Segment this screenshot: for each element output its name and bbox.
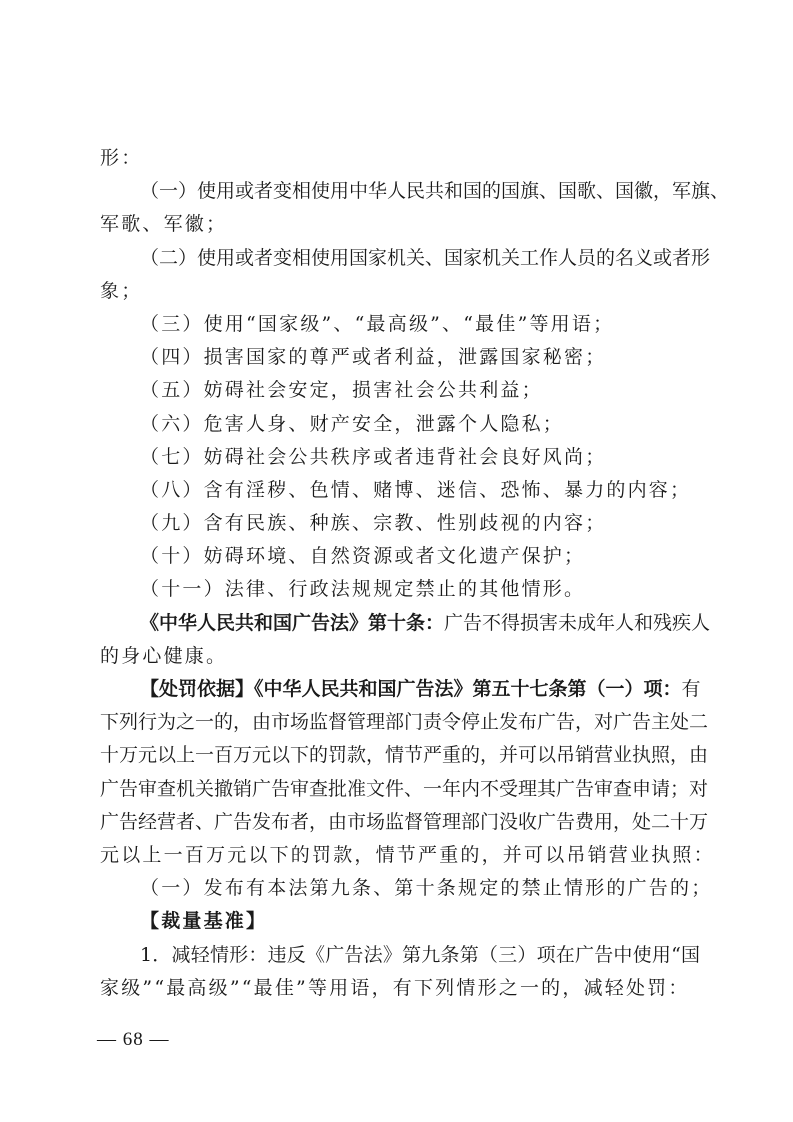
text-line: 下列行为之一的，由市场监督管理部门责令停止发布广告，对广告主处二: [100, 706, 700, 739]
list-item-4: （四）损害国家的尊严或者利益，泄露国家秘密；: [100, 341, 700, 374]
list-item-3: （三）使用“国家级”、“最高级”、“最佳”等用语；: [100, 308, 700, 341]
list-item-2: （二）使用或者变相使用国家机关、国家机关工作人员的名义或者形: [100, 242, 700, 275]
list-item-11: （十一）法律、行政法规规定禁止的其他情形。: [100, 573, 700, 606]
penalty-basis-heading: 【处罚依据】《中华人民共和国广告法》第五十七条第（一）项：: [140, 678, 682, 700]
text-line: 形：: [100, 142, 700, 175]
text-line: 广告经营者、广告发布者，由市场监督管理部门没收广告费用，处二十万: [100, 806, 700, 839]
penalty-basis-paragraph: 【处罚依据】《中华人民共和国广告法》第五十七条第（一）项：有: [100, 673, 700, 706]
text-line: 十万元以上一百万元以下的罚款，情节严重的，并可以吊销营业执照，由: [100, 739, 700, 772]
list-item-7: （七）妨碍社会公共秩序或者违背社会良好风尚；: [100, 441, 700, 474]
text-line: 家级”“最高级”“最佳”等用语，有下列情形之一的，减轻处罚：: [100, 972, 700, 1005]
article-10-paragraph: 《中华人民共和国广告法》第十条：广告不得损害未成年人和残疾人: [100, 607, 700, 640]
list-item-10: （十）妨碍环境、自然资源或者文化遗产保护；: [100, 540, 700, 573]
discretion-standard-heading-line: 【裁量基准】: [100, 905, 700, 938]
list-item-5: （五）妨碍社会安定，损害社会公共利益；: [100, 374, 700, 407]
text-line: 的身心健康。: [100, 640, 700, 673]
text-line: 广告审查机关撤销广告审查批准文件、一年内不受理其广告审查申请；对: [100, 773, 700, 806]
page-number: — 68 —: [97, 1029, 170, 1051]
mitigation-paragraph: 1．减轻情形：违反《广告法》第九条第（三）项在广告中使用“国: [100, 939, 700, 972]
list-item-1: （一）使用或者变相使用中华人民共和国的国旗、国歌、国徽，军旗、: [100, 175, 700, 208]
list-item-8: （八）含有淫秽、色情、赌博、迷信、恐怖、暴力的内容；: [100, 474, 700, 507]
article-10-text: 广告不得损害未成年人和残疾人: [444, 612, 710, 634]
penalty-basis-text: 有: [682, 678, 701, 700]
penalty-item-1: （一）发布有本法第九条、第十条规定的禁止情形的广告的；: [100, 872, 700, 905]
text-line: 军歌、军徽；: [100, 208, 700, 241]
discretion-standard-heading: 【裁量基准】: [140, 910, 267, 932]
text-line: 象；: [100, 275, 700, 308]
list-item-6: （六）危害人身、财产安全，泄露个人隐私；: [100, 408, 700, 441]
text-line: 元以上一百万元以下的罚款，情节严重的，并可以吊销营业执照：: [100, 839, 700, 872]
document-body: 形： （一）使用或者变相使用中华人民共和国的国旗、国歌、国徽，军旗、 军歌、军徽…: [100, 142, 700, 1005]
article-10-heading: 《中华人民共和国广告法》第十条：: [140, 612, 444, 634]
list-item-9: （九）含有民族、种族、宗教、性别歧视的内容；: [100, 507, 700, 540]
